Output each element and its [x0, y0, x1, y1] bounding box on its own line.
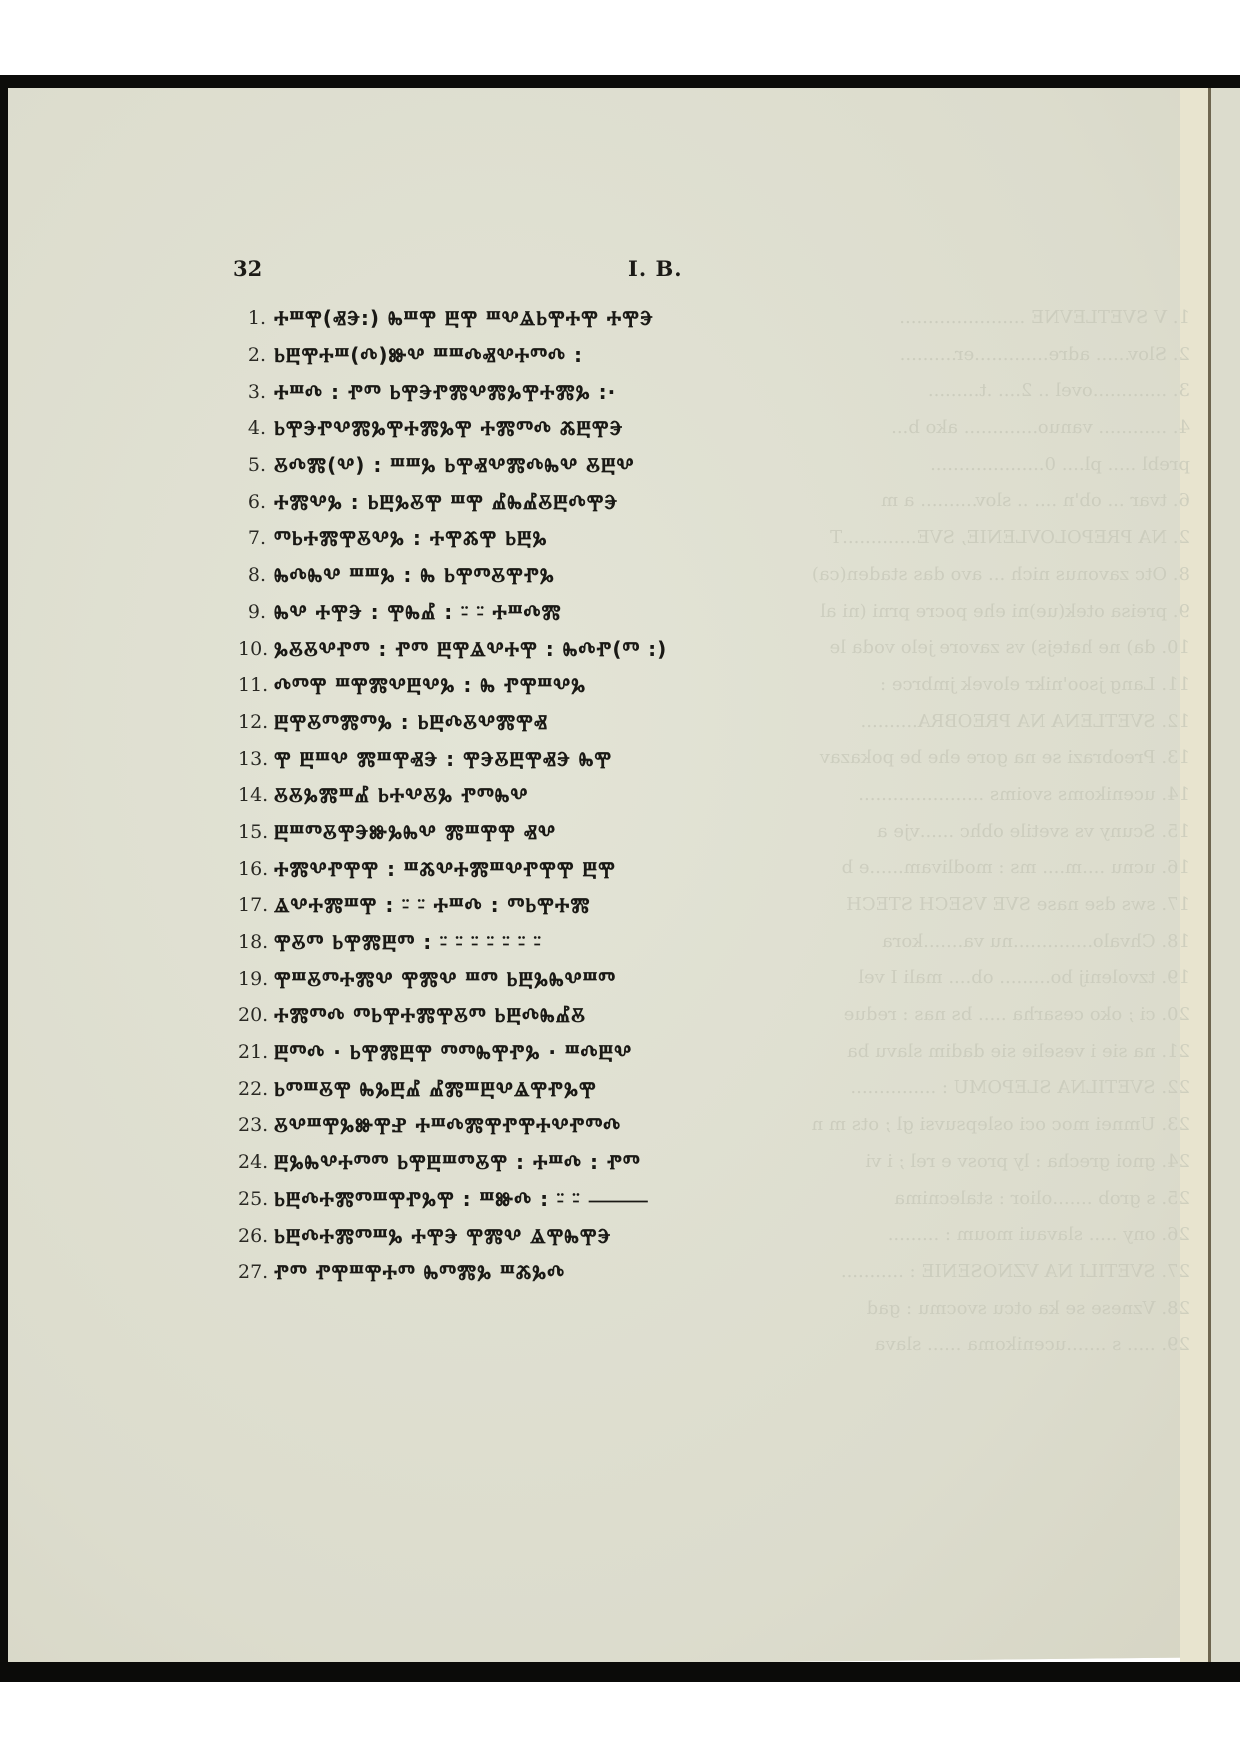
item-number: 13.	[238, 748, 266, 770]
list-item: 17.ⰡⰂⰀⰏⰞⰉ : ⸚ ⸚ ⰀⰞⰄ : ⰕⰓⰉⰀⰏ	[238, 887, 798, 924]
item-text: ⰓⰁⰄⰀⰏⰕⰞⰉⰒⰃⰉ : ⰞⰖⰄ : ⸚ ⸚ ⸻	[274, 1187, 649, 1211]
list-item: 23.ⰋⰂⰞⰉⰃⰖⰉⰐ ⰀⰞⰄⰏⰉⰒⰉⰀⰂⰒⰕⰄ	[238, 1107, 798, 1144]
item-number: 19.	[238, 968, 266, 990]
item-number: 1.	[238, 307, 266, 329]
item-number: 11.	[238, 674, 266, 696]
item-text: ⰁⰃⰈⰂⰀⰕⰕ ⰓⰉⰁⰞⰕⰋⰉ : ⰀⰞⰄ : ⰒⰕ	[274, 1150, 641, 1174]
list-item: 1.ⰀⰞⰉ(ⰟⰅ:) ⰈⰞⰉ ⰁⰉ ⰞⰂⰡⰓⰉⰀⰉ ⰀⰉⰅ	[238, 300, 798, 337]
list-item: 24.ⰁⰃⰈⰂⰀⰕⰕ ⰓⰉⰁⰞⰕⰋⰉ : ⰀⰞⰄ : ⰒⰕ	[238, 1144, 798, 1181]
item-text: ⰈⰄⰈⰂ ⰞⰞⰃ : Ⰸ ⰓⰉⰕⰋⰉⰒⰃ	[274, 563, 555, 587]
item-number: 25.	[238, 1188, 266, 1210]
list-item: 16.ⰀⰏⰂⰒⰉⰉ : ⰞⰆⰂⰀⰏⰞⰂⰒⰉⰉ ⰁⰉ	[238, 850, 798, 887]
item-text: ⰀⰏⰕⰄ ⰕⰓⰉⰀⰏⰉⰋⰕ ⰓⰁⰄⰈⰌⰋ	[274, 1003, 586, 1027]
item-number: 24.	[238, 1151, 266, 1173]
bleed-line: 28. Vznese se ka otcu svocmu : gad	[720, 1291, 1190, 1328]
list-item: 4.ⰓⰉⰅⰒⰂⰏⰃⰉⰀⰏⰃⰉ ⰀⰏⰕⰄ ⰆⰁⰉⰅ	[238, 410, 798, 447]
item-text: ⰀⰏⰂⰃ : ⰓⰁⰃⰋⰉ ⰞⰉ ⰌⰈⰌⰋⰁⰄⰉⰅ	[274, 490, 618, 514]
item-text: ⰀⰞⰉ(ⰟⰅ:) ⰈⰞⰉ ⰁⰉ ⰞⰂⰡⰓⰉⰀⰉ ⰀⰉⰅ	[274, 306, 654, 330]
list-item: 2.ⰓⰁⰉⰀⰞ(Ⰴ)ⰖⰂ ⰞⰞⰄⰟⰂⰀⰕⰄ :	[238, 337, 798, 374]
item-number: 12.	[238, 711, 266, 733]
numbered-list: 1.ⰀⰞⰉ(ⰟⰅ:) ⰈⰞⰉ ⰁⰉ ⰞⰂⰡⰓⰉⰀⰉ ⰀⰉⰅ 2.ⰓⰁⰉⰀⰞ(Ⰴ)…	[238, 300, 798, 1291]
adjacent-page-edge	[1211, 88, 1240, 1668]
item-text: ⰁⰉⰋⰕⰏⰕⰃ : ⰓⰁⰄⰋⰂⰏⰉⰟ	[274, 710, 548, 734]
list-item: 11.ⰄⰕⰉ ⰞⰉⰏⰂⰁⰂⰃ : Ⰸ ⰒⰉⰞⰂⰃ	[238, 667, 798, 704]
item-number: 7.	[238, 527, 266, 549]
item-number: 15.	[238, 821, 266, 843]
item-text: ⰀⰏⰂⰒⰉⰉ : ⰞⰆⰂⰀⰏⰞⰂⰒⰉⰉ ⰁⰉ	[274, 857, 616, 881]
item-text: ⰄⰕⰉ ⰞⰉⰏⰂⰁⰂⰃ : Ⰸ ⰒⰉⰞⰂⰃ	[274, 673, 586, 697]
item-text: ⰋⰄⰏ(Ⰲ) : ⰞⰞⰃ ⰓⰉⰟⰂⰏⰄⰈⰂ ⰋⰁⰂ	[274, 453, 635, 477]
page-number: 32	[233, 256, 262, 281]
item-number: 10.	[238, 638, 266, 660]
list-item: 19.ⰉⰞⰋⰕⰀⰏⰂ ⰉⰏⰂ ⰞⰕ ⰓⰁⰃⰈⰂⰞⰕ	[238, 960, 798, 997]
item-text: ⰁⰞⰕⰋⰉⰅⰖⰃⰈⰂ ⰏⰞⰉⰉ ⰟⰂ	[274, 820, 556, 844]
bleed-line: 29. ..... s .......ucenikoma ...... slav…	[720, 1327, 1190, 1364]
list-item: 25.ⰓⰁⰄⰀⰏⰕⰞⰉⰒⰃⰉ : ⰞⰖⰄ : ⸚ ⸚ ⸻	[238, 1181, 798, 1218]
item-number: 20.	[238, 1004, 266, 1026]
item-text: ⰋⰂⰞⰉⰃⰖⰉⰐ ⰀⰞⰄⰏⰉⰒⰉⰀⰂⰒⰕⰄ	[274, 1113, 621, 1137]
list-item: 9.ⰈⰂ ⰀⰉⰅ : ⰉⰈⰌ : ⸚ ⸚ ⰀⰞⰄⰏ	[238, 594, 798, 631]
list-item: 5.ⰋⰄⰏ(Ⰲ) : ⰞⰞⰃ ⰓⰉⰟⰂⰏⰄⰈⰂ ⰋⰁⰂ	[238, 447, 798, 484]
item-text: ⰃⰋⰋⰂⰒⰕ : ⰒⰕ ⰁⰉⰡⰂⰀⰉ : ⰈⰄⰒ(Ⱅ :)	[274, 637, 667, 661]
item-number: 3.	[238, 381, 266, 403]
item-number: 6.	[238, 491, 266, 513]
item-text: ⰁⰕⰄ · ⰓⰉⰏⰁⰉ ⰕⰕⰈⰉⰒⰃ · ⰞⰄⰁⰂ	[274, 1040, 632, 1064]
item-number: 8.	[238, 564, 266, 586]
list-item: 26.ⰓⰁⰄⰀⰏⰕⰞⰃ ⰀⰉⰅ ⰉⰏⰂ ⰡⰉⰈⰉⰅ	[238, 1217, 798, 1254]
item-number: 18.	[238, 931, 266, 953]
item-number: 27.	[238, 1261, 266, 1283]
item-number: 21.	[238, 1041, 266, 1063]
list-item: 6.ⰀⰏⰂⰃ : ⰓⰁⰃⰋⰉ ⰞⰉ ⰌⰈⰌⰋⰁⰄⰉⰅ	[238, 483, 798, 520]
scan-border-bottom	[0, 1662, 1240, 1682]
item-text: ⰋⰋⰃⰏⰞⰌ ⰓⰀⰂⰋⰃ ⰒⰕⰈⰂ	[274, 783, 528, 807]
item-text: ⰈⰂ ⰀⰉⰅ : ⰉⰈⰌ : ⸚ ⸚ ⰀⰞⰄⰏ	[274, 600, 562, 624]
item-text: ⰒⰕ ⰒⰉⰞⰉⰀⰕ ⰈⰕⰏⰃ ⰞⰆⰃⰄ	[274, 1260, 565, 1284]
item-text: ⰉⰞⰋⰕⰀⰏⰂ ⰉⰏⰂ ⰞⰕ ⰓⰁⰃⰈⰂⰞⰕ	[274, 967, 616, 991]
item-text: ⰡⰂⰀⰏⰞⰉ : ⸚ ⸚ ⰀⰞⰄ : ⰕⰓⰉⰀⰏ	[274, 893, 591, 917]
list-item: 15.ⰁⰞⰕⰋⰉⰅⰖⰃⰈⰂ ⰏⰞⰉⰉ ⰟⰂ	[238, 814, 798, 851]
list-item: 10.ⰃⰋⰋⰂⰒⰕ : ⰒⰕ ⰁⰉⰡⰂⰀⰉ : ⰈⰄⰒ(Ⱅ :)	[238, 630, 798, 667]
item-number: 14.	[238, 784, 266, 806]
item-number: 2.	[238, 344, 266, 366]
list-item: 8.ⰈⰄⰈⰂ ⰞⰞⰃ : Ⰸ ⰓⰉⰕⰋⰉⰒⰃ	[238, 557, 798, 594]
item-text: ⰀⰞⰄ : ⰒⰕ ⰓⰉⰅⰒⰏⰂⰏⰃⰉⰀⰏⰃ :·	[274, 380, 616, 404]
list-item: 21.ⰁⰕⰄ · ⰓⰉⰏⰁⰉ ⰕⰕⰈⰉⰒⰃ · ⰞⰄⰁⰂ	[238, 1034, 798, 1071]
item-number: 26.	[238, 1225, 266, 1247]
list-item: 22.ⰓⰕⰞⰋⰉ ⰈⰃⰁⰌ ⰌⰏⰞⰁⰂⰡⰉⰒⰃⰉ	[238, 1070, 798, 1107]
list-item: 13.Ⰹ ⰁⰞⰂ ⰏⰞⰉⰟⰅ : ⰉⰅⰋⰁⰉⰟⰅ ⰈⰉ	[238, 740, 798, 777]
list-item: 12.ⰁⰉⰋⰕⰏⰕⰃ : ⰓⰁⰄⰋⰂⰏⰉⰟ	[238, 704, 798, 741]
list-item: 18.ⰉⰋⰕ ⰓⰉⰏⰁⰕ : ⸚ ⸚ ⸚ ⸚ ⸚ ⸚ ⸚	[238, 924, 798, 961]
item-text: ⰓⰁⰉⰀⰞ(Ⰴ)ⰖⰂ ⰞⰞⰄⰟⰂⰀⰕⰄ :	[274, 343, 583, 367]
item-text: ⰓⰕⰞⰋⰉ ⰈⰃⰁⰌ ⰌⰏⰞⰁⰂⰡⰉⰒⰃⰉ	[274, 1077, 597, 1101]
list-item: 27.ⰒⰕ ⰒⰉⰞⰉⰀⰕ ⰈⰕⰏⰃ ⰞⰆⰃⰄ	[238, 1254, 798, 1291]
item-text: ⰓⰁⰄⰀⰏⰕⰞⰃ ⰀⰉⰅ ⰉⰏⰂ ⰡⰉⰈⰉⰅ	[274, 1224, 611, 1248]
item-text: Ⰹ ⰁⰞⰂ ⰏⰞⰉⰟⰅ : ⰉⰅⰋⰁⰉⰟⰅ ⰈⰉ	[274, 747, 612, 771]
item-text: ⰉⰋⰕ ⰓⰉⰏⰁⰕ : ⸚ ⸚ ⸚ ⸚ ⸚ ⸚ ⸚	[274, 930, 542, 954]
item-number: 5.	[238, 454, 266, 476]
list-item: 7.ⰕⰓⰀⰏⰉⰋⰂⰃ : ⰀⰉⰆⰉ ⰓⰁⰃ	[238, 520, 798, 557]
item-number: 23.	[238, 1114, 266, 1136]
scan-border-left	[0, 75, 9, 1682]
item-text: ⰕⰓⰀⰏⰉⰋⰂⰃ : ⰀⰉⰆⰉ ⰓⰁⰃ	[274, 526, 548, 550]
item-number: 9.	[238, 601, 266, 623]
running-head: I. B.	[628, 256, 683, 281]
item-text: ⰓⰉⰅⰒⰂⰏⰃⰉⰀⰏⰃⰉ ⰀⰏⰕⰄ ⰆⰁⰉⰅ	[274, 416, 623, 440]
list-item: 14.ⰋⰋⰃⰏⰞⰌ ⰓⰀⰂⰋⰃ ⰒⰕⰈⰂ	[238, 777, 798, 814]
item-number: 4.	[238, 417, 266, 439]
list-item: 20.ⰀⰏⰕⰄ ⰕⰓⰉⰀⰏⰉⰋⰕ ⰓⰁⰄⰈⰌⰋ	[238, 997, 798, 1034]
item-number: 17.	[238, 894, 266, 916]
item-number: 22.	[238, 1078, 266, 1100]
list-item: 3.ⰀⰞⰄ : ⰒⰕ ⰓⰉⰅⰒⰏⰂⰏⰃⰉⰀⰏⰃ :·	[238, 373, 798, 410]
item-number: 16.	[238, 858, 266, 880]
